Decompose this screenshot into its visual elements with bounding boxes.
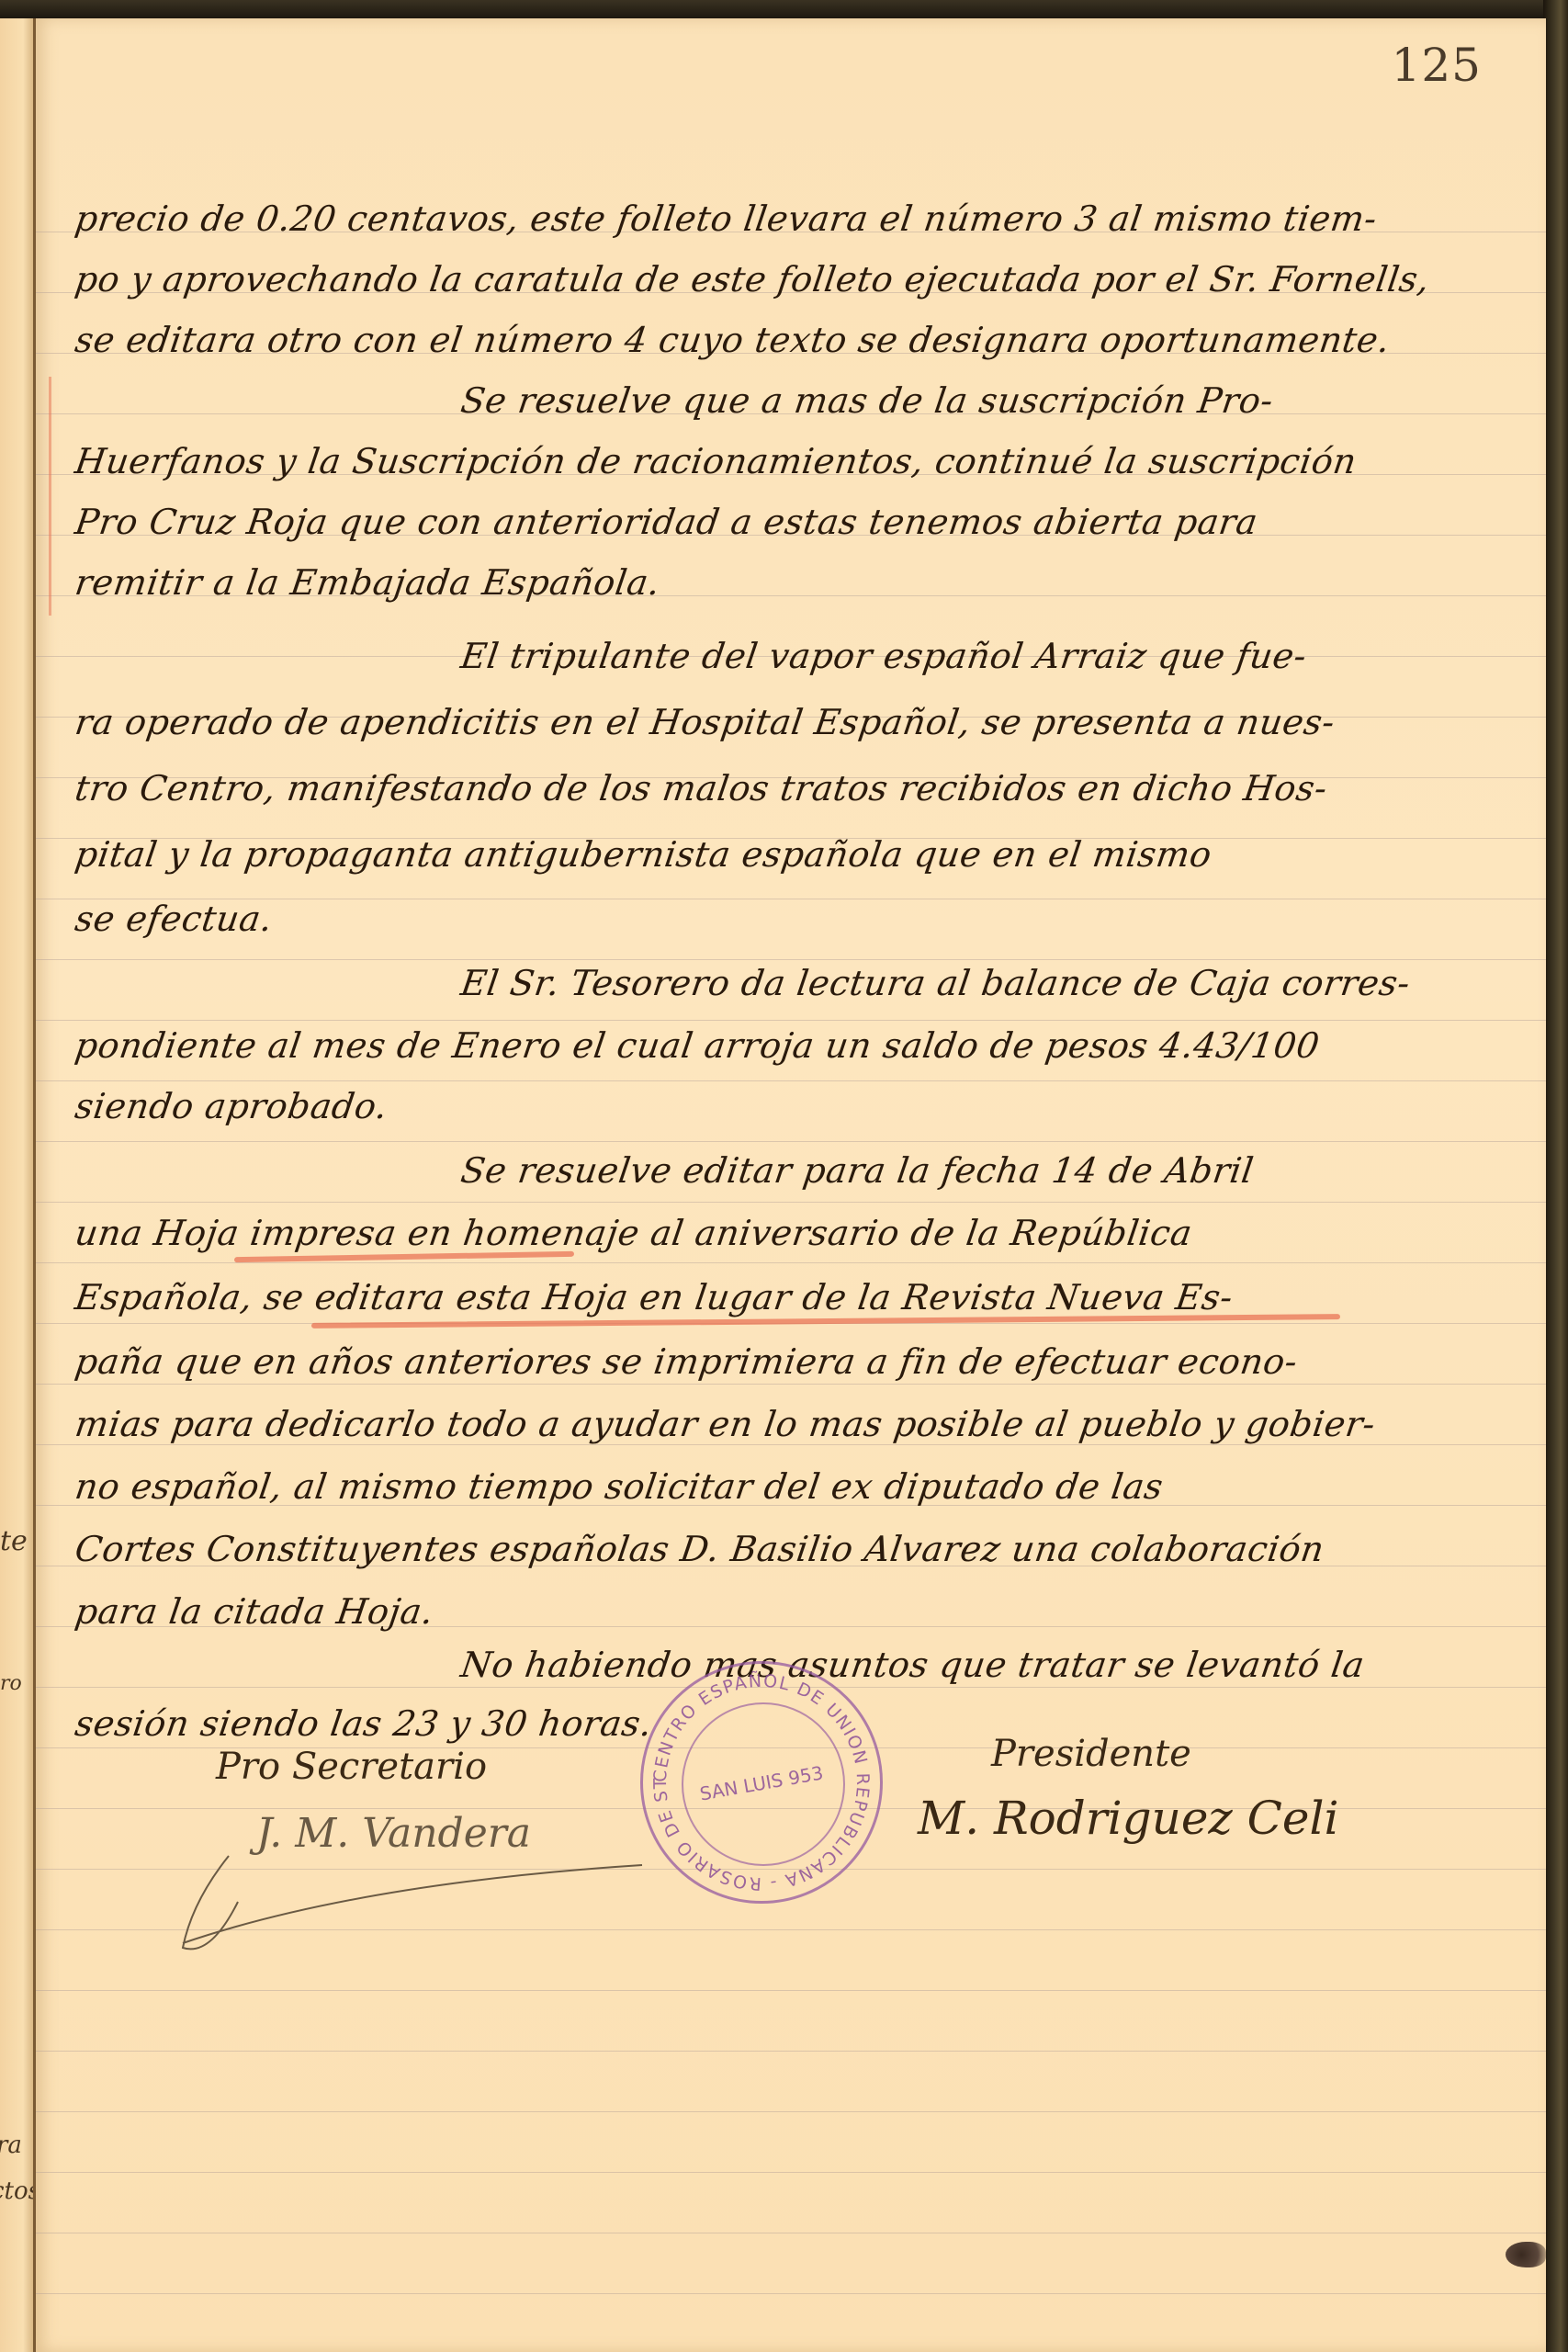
previous-page-fragment: ra: [0, 2131, 22, 2159]
ruled-line: [36, 1384, 1546, 1385]
secretary-signature-flourish: [174, 1847, 651, 1975]
text-line: paña que en años anteriores se imprimier…: [73, 1341, 1539, 1382]
ruled-line: [36, 2293, 1546, 2294]
text-line: Huerfanos y la Suscripción de racionamie…: [73, 441, 1539, 481]
text-line: una Hoja impresa en homenaje al aniversa…: [73, 1213, 1539, 1253]
text-line: pital y la propaganta antigubernista esp…: [73, 834, 1539, 875]
text-line: no español, al mismo tiempo solicitar de…: [73, 1466, 1539, 1507]
ink-blot: [1506, 2242, 1546, 2267]
text-line: Se resuelve editar para la fecha 14 de A…: [73, 1150, 1539, 1191]
ruled-line: [36, 1990, 1546, 1991]
text-line: ra operado de apendicitis en el Hospital…: [73, 702, 1539, 742]
page-number: 125: [1392, 39, 1482, 92]
ruled-line: [36, 959, 1546, 960]
book-binding-top: [0, 0, 1568, 18]
ledger-page: 125 precio de 0.20 centavos, este follet…: [33, 18, 1546, 2352]
text-line: Cortes Constituyentes españolas D. Basil…: [73, 1529, 1539, 1569]
ruled-line: [36, 1020, 1546, 1021]
text-line: tro Centro, manifestando de los malos tr…: [73, 768, 1539, 808]
text-line: Pro Cruz Roja que con anterioridad a est…: [73, 502, 1539, 542]
text-line: El tripulante del vapor español Arraiz q…: [73, 636, 1539, 676]
ruled-line: [36, 2111, 1546, 2112]
ruled-line: [36, 1141, 1546, 1142]
president-title: Presidente: [991, 1733, 1191, 1775]
ruled-line: [36, 1080, 1546, 1081]
text-line: po y aprovechando la caratula de este fo…: [73, 259, 1539, 300]
president-signature: M. Rodriguez Celi: [918, 1792, 1339, 1845]
book-binding-right: [1543, 0, 1568, 2352]
previous-page-edge: te ro ra ctos: [0, 18, 35, 2352]
text-line: remitir a la Embajada Española.: [73, 562, 1539, 603]
text-line: para la citada Hoja.: [73, 1591, 1539, 1632]
organization-stamp: CENTRO ESPAÑOL DE UNION REPUBLICANA - RO…: [640, 1661, 883, 1904]
previous-page-fragment: te: [0, 1525, 28, 1557]
text-line: Se resuelve que a mas de la suscripción …: [73, 380, 1539, 421]
ruled-line: [36, 2233, 1546, 2233]
ruled-line: [36, 2172, 1546, 2173]
red-pencil-margin-mark: [49, 377, 51, 616]
text-line: Española, se editara esta Hoja en lugar …: [73, 1277, 1539, 1317]
text-line: pondiente al mes de Enero el cual arroja…: [73, 1025, 1539, 1066]
ruled-line: [36, 2051, 1546, 2052]
text-line: El Sr. Tesorero da lectura al balance de…: [73, 963, 1539, 1003]
text-line: se efectua.: [73, 899, 1539, 939]
text-line: precio de 0.20 centavos, este folleto ll…: [73, 198, 1539, 239]
ruled-line: [36, 1444, 1546, 1445]
text-line: siendo aprobado.: [73, 1086, 1539, 1126]
ruled-line: [36, 1202, 1546, 1203]
previous-page-fragment: ro: [0, 1672, 22, 1695]
secretary-title: Pro Secretario: [216, 1746, 487, 1788]
text-line: se editara otro con el número 4 cuyo tex…: [73, 320, 1539, 360]
text-line: mias para dedicarlo todo a ayudar en lo …: [73, 1404, 1539, 1444]
ruled-line: [36, 1262, 1546, 1263]
